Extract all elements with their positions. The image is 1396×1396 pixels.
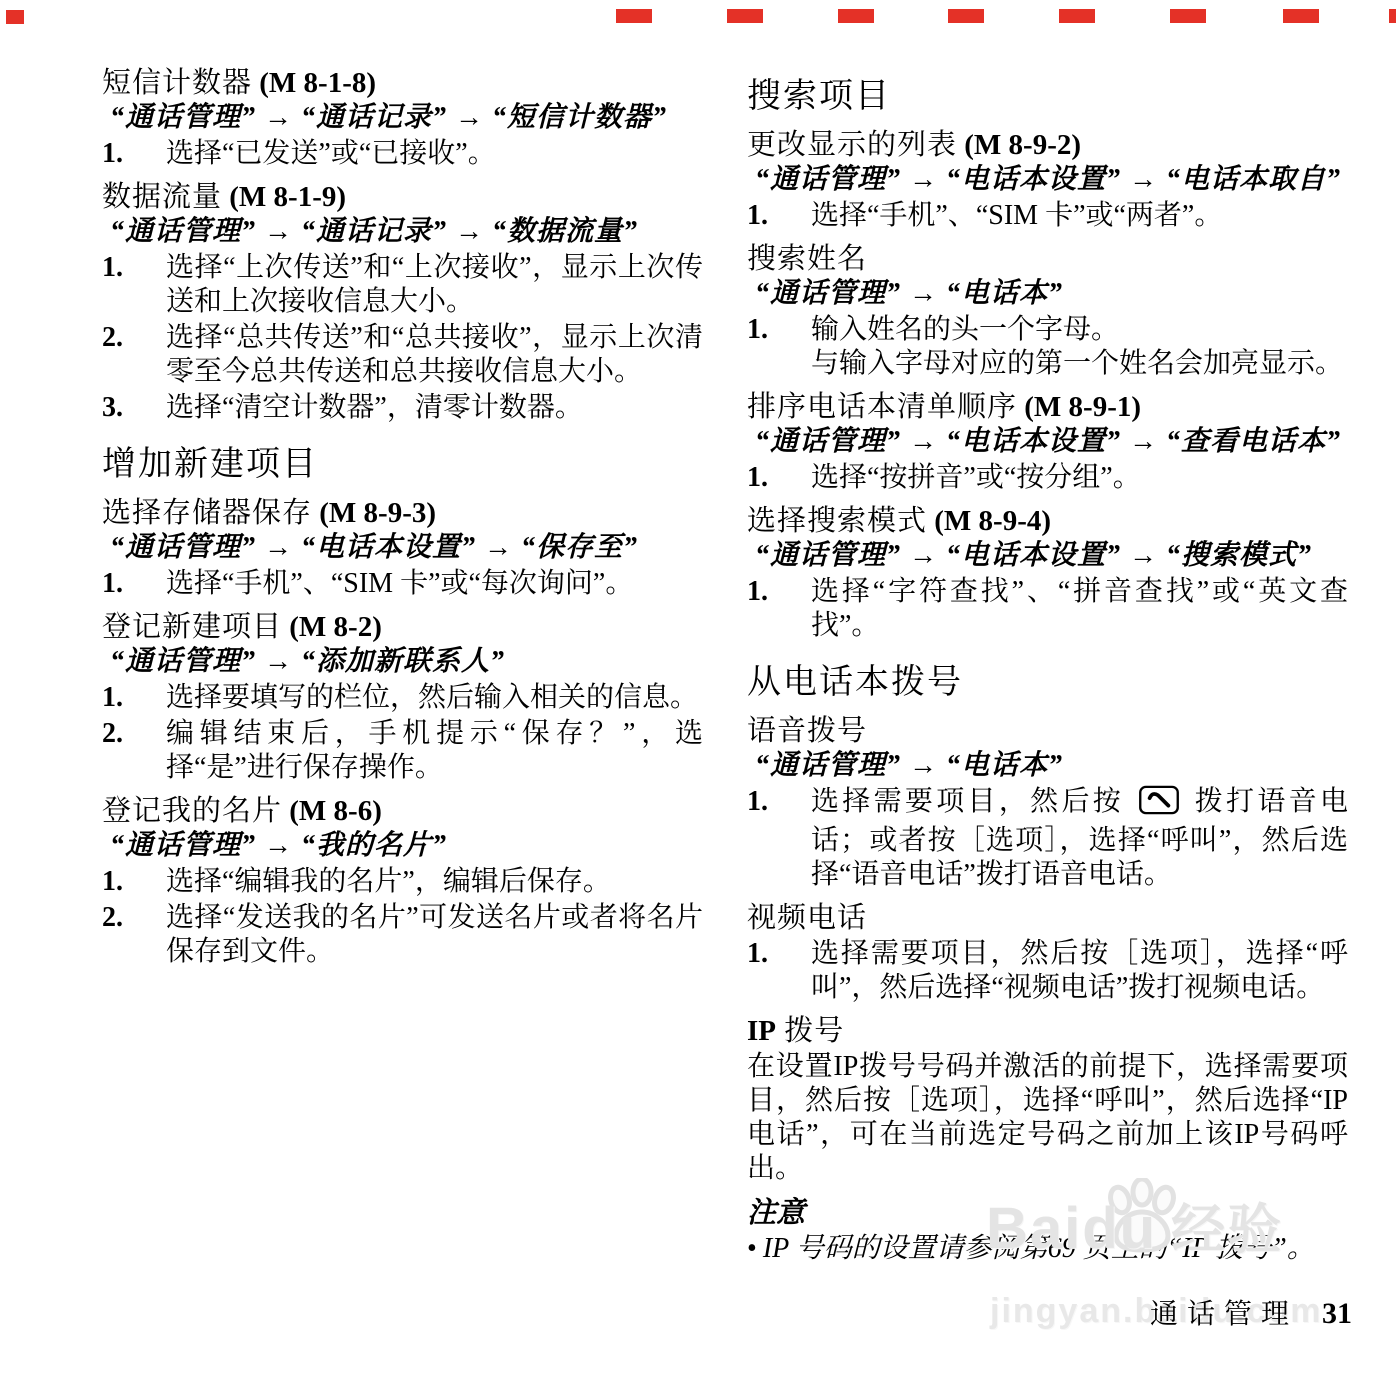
numbered-step: 2.编辑结束后，手机提示“保存？”，选择“是”进行保存操作。 xyxy=(102,717,703,785)
numbered-step: 1.选择需要项目，然后按［选项］，选择“呼叫”，然后选择“视频电话”拨打视频电话… xyxy=(747,937,1348,1005)
subsection-heading: 数据流量 (M 8-1-9) xyxy=(102,180,703,214)
numbered-step: 1.选择“已发送”或“已接收”。 xyxy=(102,137,703,171)
menu-code: (M 8-9-1) xyxy=(1017,391,1141,423)
numbered-step: 1.选择“上次传送”和“上次接收”，显示上次传送和上次接收信息大小。 xyxy=(102,251,703,319)
menu-path: “通话管理” → “通话记录” → “短信计数器” xyxy=(102,101,703,135)
numbered-step: 1.选择“按拼音”或“按分组”。 xyxy=(747,461,1348,495)
step-subtext: 与输入字母对应的第一个姓名会加亮显示。 xyxy=(811,347,1348,381)
section-heading: 从电话本拨号 xyxy=(747,661,1348,705)
step-text: 选择“发送我的名片”可发送名片或者将名片保存到文件。 xyxy=(166,902,703,967)
subsection-heading-text: 视频电话 xyxy=(747,902,867,934)
subsection-heading: 搜索姓名 xyxy=(747,242,1348,276)
menu-path: “通话管理” → “电话本” xyxy=(747,277,1348,311)
note-bullet: •IP 号码的设置请参阅第69 页上的“IP 拨号”。 xyxy=(747,1232,1348,1266)
step-number: 3. xyxy=(102,391,123,425)
menu-code: (M 8-6) xyxy=(282,795,382,827)
menu-code: (M 8-9-3) xyxy=(312,497,436,529)
step-number: 1. xyxy=(747,313,768,347)
numbered-step: 1.选择需要项目，然后按 拨打语音电话；或者按［选项］，选择“呼叫”，然后选择“… xyxy=(747,785,1348,892)
step-number: 2. xyxy=(102,717,123,751)
right-column: 搜索项目更改显示的列表 (M 8-9-2)“通话管理” → “电话本设置” → … xyxy=(747,57,1348,1266)
red-scan-mark xyxy=(838,9,874,23)
step-text: 编辑结束后，手机提示“保存？”，选择“是”进行保存操作。 xyxy=(166,718,703,783)
step-text: 选择要填写的栏位，然后输入相关的信息。 xyxy=(166,682,698,713)
step-text: 选择“手机”、“SIM 卡”或“每次询问”。 xyxy=(166,568,633,599)
subsection-heading: 视频电话 xyxy=(747,901,1348,935)
subsection-heading-text: 选择搜索模式 xyxy=(747,505,927,537)
step-number: 1. xyxy=(747,461,768,495)
subsection-heading: IP 拨号 xyxy=(747,1014,1348,1048)
step-number: 1. xyxy=(747,199,768,233)
subsection-heading-text: 短信计数器 xyxy=(102,67,252,99)
footer-section-label: 通话管理 xyxy=(1150,1299,1298,1330)
numbered-step: 1.选择“手机”、“SIM 卡”或“每次询问”。 xyxy=(102,567,703,601)
numbered-step: 3.选择“清空计数器”，清零计数器。 xyxy=(102,391,703,425)
menu-code: (M 8-9-4) xyxy=(927,505,1051,537)
left-column: 短信计数器 (M 8-1-8)“通话管理” → “通话记录” → “短信计数器”… xyxy=(102,57,703,969)
red-scan-mark xyxy=(727,9,763,23)
numbered-step: 1.选择“编辑我的名片”，编辑后保存。 xyxy=(102,865,703,899)
bullet-marker: • xyxy=(747,1233,757,1264)
red-scan-mark xyxy=(616,9,652,23)
menu-path: “通话管理” → “电话本设置” → “搜索模式” xyxy=(747,539,1348,573)
subsection-heading-latin: IP xyxy=(747,1015,776,1047)
step-number: 1. xyxy=(102,567,123,601)
numbered-step: 1.选择要填写的栏位，然后输入相关的信息。 xyxy=(102,681,703,715)
subsection-heading-text: 数据流量 xyxy=(102,181,222,213)
step-number: 1. xyxy=(747,785,768,819)
note-bullet-text: IP 号码的设置请参阅第69 页上的“IP 拨号”。 xyxy=(763,1233,1315,1264)
step-text: 选择“按拼音”或“按分组”。 xyxy=(811,462,1141,493)
subsection-heading: 选择存储器保存 (M 8-9-3) xyxy=(102,496,703,530)
menu-path: “通话管理” → “通话记录” → “数据流量” xyxy=(102,215,703,249)
menu-code: (M 8-1-8) xyxy=(252,67,376,99)
red-scan-mark xyxy=(1283,9,1319,23)
subsection-heading-text: 语音拨号 xyxy=(747,715,867,747)
menu-path: “通话管理” → “电话本设置” → “电话本取自” xyxy=(747,163,1348,197)
menu-path: “通话管理” → “电话本设置” → “查看电话本” xyxy=(747,425,1348,459)
menu-code: (M 8-2) xyxy=(282,611,382,643)
numbered-step: 1.输入姓名的头一个字母。与输入字母对应的第一个姓名会加亮显示。 xyxy=(747,313,1348,381)
step-number: 2. xyxy=(102,321,123,355)
step-number: 2. xyxy=(102,901,123,935)
subsection-heading-text: 登记新建项目 xyxy=(102,611,282,643)
step-text: 选择“已发送”或“已接收”。 xyxy=(166,138,496,169)
subsection-heading-text: 选择存储器保存 xyxy=(102,497,312,529)
subsection-heading-text: 更改显示的列表 xyxy=(747,129,957,161)
red-scan-mark xyxy=(1389,9,1396,23)
red-scan-mark xyxy=(6,10,24,24)
subsection-heading: 登记新建项目 (M 8-2) xyxy=(102,610,703,644)
section-heading: 搜索项目 xyxy=(747,75,1348,119)
note-heading: 注意 xyxy=(747,1196,1348,1230)
subsection-heading: 登记我的名片 (M 8-6) xyxy=(102,794,703,828)
subsection-heading: 短信计数器 (M 8-1-8) xyxy=(102,66,703,100)
menu-code: (M 8-9-2) xyxy=(957,129,1081,161)
step-number: 1. xyxy=(102,251,123,285)
menu-path: “通话管理” → “电话本设置” → “保存至” xyxy=(102,531,703,565)
step-text: 选择需要项目，然后按 拨打语音电话；或者按［选项］，选择“呼叫”，然后选择“语音… xyxy=(811,786,1348,890)
subsection-heading: 排序电话本清单顺序 (M 8-9-1) xyxy=(747,390,1348,424)
menu-path: “通话管理” → “我的名片” xyxy=(102,829,703,863)
step-text: 选择“手机”、“SIM 卡”或“两者”。 xyxy=(811,200,1222,231)
numbered-step: 1.选择“字符查找”、“拼音查找”或“英文查找”。 xyxy=(747,575,1348,643)
section-heading: 增加新建项目 xyxy=(102,443,703,487)
subsection-heading: 语音拨号 xyxy=(747,714,1348,748)
subsection-heading-text: 搜索姓名 xyxy=(747,243,867,275)
subsection-heading-text: 排序电话本清单顺序 xyxy=(747,391,1017,423)
red-scan-mark xyxy=(948,9,984,23)
step-text: 选择需要项目，然后按［选项］，选择“呼叫”，然后选择“视频电话”拨打视频电话。 xyxy=(811,938,1348,1003)
step-number: 1. xyxy=(102,865,123,899)
red-scan-mark xyxy=(1059,9,1095,23)
menu-path: “通话管理” → “电话本” xyxy=(747,749,1348,783)
step-text: 选择“总共传送”和“总共接收”，显示上次清零至今总共传送和总共接收信息大小。 xyxy=(166,322,703,387)
step-number: 1. xyxy=(102,137,123,171)
step-number: 1. xyxy=(747,575,768,609)
numbered-step: 1.选择“手机”、“SIM 卡”或“两者”。 xyxy=(747,199,1348,233)
subsection-heading: 选择搜索模式 (M 8-9-4) xyxy=(747,504,1348,538)
step-text: 输入姓名的头一个字母。 xyxy=(811,314,1119,345)
numbered-step: 2.选择“发送我的名片”可发送名片或者将名片保存到文件。 xyxy=(102,901,703,969)
red-scan-mark xyxy=(1170,9,1206,23)
footer-page-number: 31 xyxy=(1322,1297,1352,1330)
subsection-heading-text: 登记我的名片 xyxy=(102,795,282,827)
menu-path: “通话管理” → “添加新联系人” xyxy=(102,645,703,679)
subsection-heading: 更改显示的列表 (M 8-9-2) xyxy=(747,128,1348,162)
step-text: 选择“清空计数器”，清零计数器。 xyxy=(166,392,583,423)
call-key-icon xyxy=(1138,785,1180,824)
step-text: 选择“字符查找”、“拼音查找”或“英文查找”。 xyxy=(811,576,1348,641)
paragraph: 在设置IP拨号号码并激活的前提下，选择需要项目，然后按［选项］，选择“呼叫”，然… xyxy=(747,1050,1348,1186)
step-number: 1. xyxy=(747,937,768,971)
numbered-step: 2.选择“总共传送”和“总共接收”，显示上次清零至今总共传送和总共接收信息大小。 xyxy=(102,321,703,389)
step-text: 选择“上次传送”和“上次接收”，显示上次传送和上次接收信息大小。 xyxy=(166,252,703,317)
step-number: 1. xyxy=(102,681,123,715)
page-footer: 通话管理31 xyxy=(1150,1297,1352,1332)
menu-code: (M 8-1-9) xyxy=(222,181,346,213)
subsection-heading-text: 拨号 xyxy=(776,1015,844,1047)
step-text: 选择“编辑我的名片”，编辑后保存。 xyxy=(166,866,611,897)
